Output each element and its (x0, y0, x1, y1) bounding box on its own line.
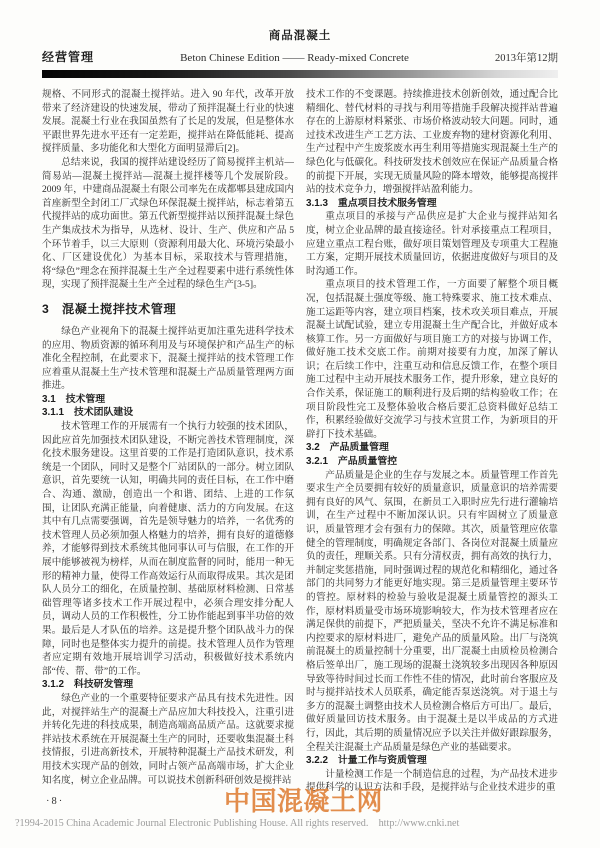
header-rule (42, 70, 558, 78)
copyright-line: ?1994-2015 China Academic Journal Electr… (15, 818, 590, 829)
paragraph: 技术工作的不变课题。持续推进技术创新创效，通过配合比精细化、替代材料的寻找与利用… (306, 88, 558, 197)
subsection-heading: 3.2.1 产品质量管控 (306, 455, 558, 469)
journal-subtitle: Beton Chinese Edition —— Ready-mixed Con… (180, 52, 409, 64)
right-column: 技术工作的不变课题。持续推进技术创新创效，通过配合比精细化、替代材料的寻找与利用… (306, 88, 558, 796)
journal-title: 商品混凝土 (42, 0, 558, 43)
paragraph: 绿色产业的一个重要特征要求产品具有技术先进性。因此，对搅拌站生产的混凝土产品应加… (42, 692, 294, 787)
issue-label: 2013年第12期 (495, 50, 558, 65)
paragraph: 技术管理工作的开展需有一个执行力较强的技术团队，因此应首先加强技术团队建设，不断… (42, 420, 294, 678)
subsection-heading: 3.1.3 重点项目技术服务管理 (306, 197, 558, 211)
paragraph: 重点项目的技术管理工作，一方面要了解整个项目概况，包括混凝土强度等级、施工特殊要… (306, 278, 558, 441)
paragraph: 规格、不同形式的混凝土搅拌站。进入 90 年代，改革开放带来了经济建设的快速发展… (42, 88, 294, 156)
paragraph: 绿色产业视角下的混凝土搅拌站更加注重先进科学技术的应用、物质资源的循环利用及与环… (42, 325, 294, 393)
subsection-heading: 3.2 产品质量管理 (306, 441, 558, 455)
subsection-heading: 3.1.1 技术团队建设 (42, 406, 294, 420)
paragraph: 计量检测工作是一个制造信息的过程，为产品技术进步提供科学的认识方法和手段，是搅拌… (306, 768, 558, 795)
subsection-heading: 3.2.2 计量工作与资质管理 (306, 754, 558, 768)
journal-page: 商品混凝土 经营管理 Beton Chinese Edition —— Read… (0, 0, 600, 848)
page-number: ·8· (46, 796, 64, 807)
subsection-heading: 3.1 技术管理 (42, 393, 294, 407)
paragraph: 重点项目的承接与产品供应是扩大企业与搅拌站知名度，树立企业品牌的最直接途径。针对… (306, 210, 558, 278)
section-heading: 3 混凝土搅拌技术管理 (42, 301, 294, 317)
page-header: 商品混凝土 经营管理 Beton Chinese Edition —— Read… (42, 0, 558, 78)
header-row: 经营管理 Beton Chinese Edition —— Ready-mixe… (42, 48, 558, 65)
article-body: 规格、不同形式的混凝土搅拌站。进入 90 年代，改革开放带来了经济建设的快速发展… (42, 88, 558, 796)
paragraph: 总结来说，我国的搅拌站建设经历了简易搅拌主机站—简易站—混凝土搅拌站—混凝土搅拌… (42, 156, 294, 292)
column-section-label: 经营管理 (42, 48, 94, 65)
left-column: 规格、不同形式的混凝土搅拌站。进入 90 年代，改革开放带来了经济建设的快速发展… (42, 88, 294, 796)
paragraph: 产品质量是企业的生存与发展之本。质量管理工作首先要求生产全员要拥有较好的质量意识… (306, 469, 558, 754)
subsection-heading: 3.1.2 科技研发管理 (42, 678, 294, 692)
